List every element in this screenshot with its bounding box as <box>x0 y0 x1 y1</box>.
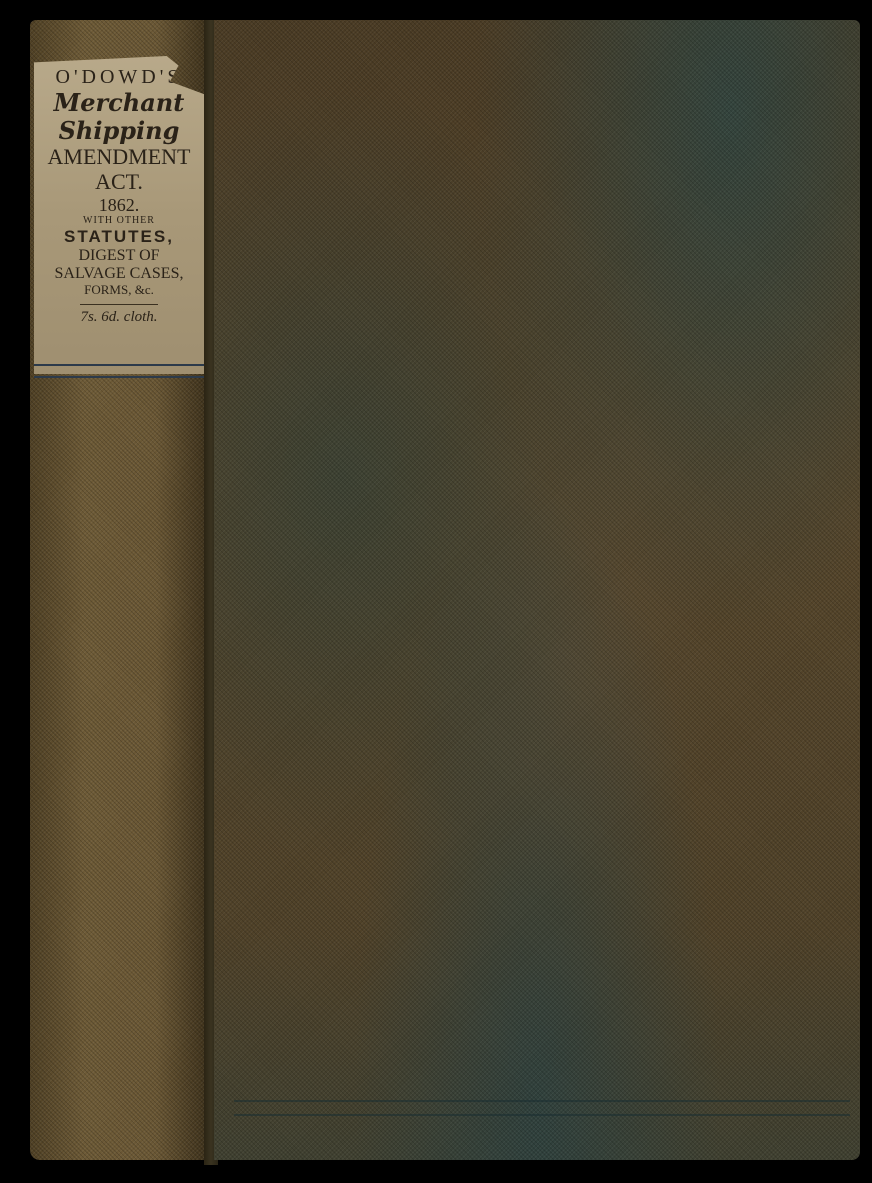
subtitle-2: ACT. <box>34 169 204 194</box>
title-line-1: Merchant <box>34 89 204 117</box>
title-line-2: Shipping <box>34 117 204 145</box>
book: O'DOWD'S Merchant Shipping AMENDMENT ACT… <box>24 20 860 1170</box>
price: 7s. 6d. cloth. <box>80 304 157 326</box>
cover-rule <box>234 1100 850 1102</box>
digest: DIGEST OF <box>34 247 204 265</box>
subtitle-1: AMENDMENT <box>34 144 204 169</box>
year: 1862. <box>34 195 204 216</box>
spine-label: O'DOWD'S Merchant Shipping AMENDMENT ACT… <box>34 56 204 374</box>
cover-rule <box>234 1114 850 1116</box>
forms: FORMS, &c. <box>34 283 204 298</box>
with-other: WITH OTHER <box>34 215 204 227</box>
salvage: SALVAGE CASES, <box>34 265 204 283</box>
statutes: STATUTES, <box>34 227 204 247</box>
front-cover <box>214 20 860 1160</box>
spine-rules <box>34 364 204 378</box>
